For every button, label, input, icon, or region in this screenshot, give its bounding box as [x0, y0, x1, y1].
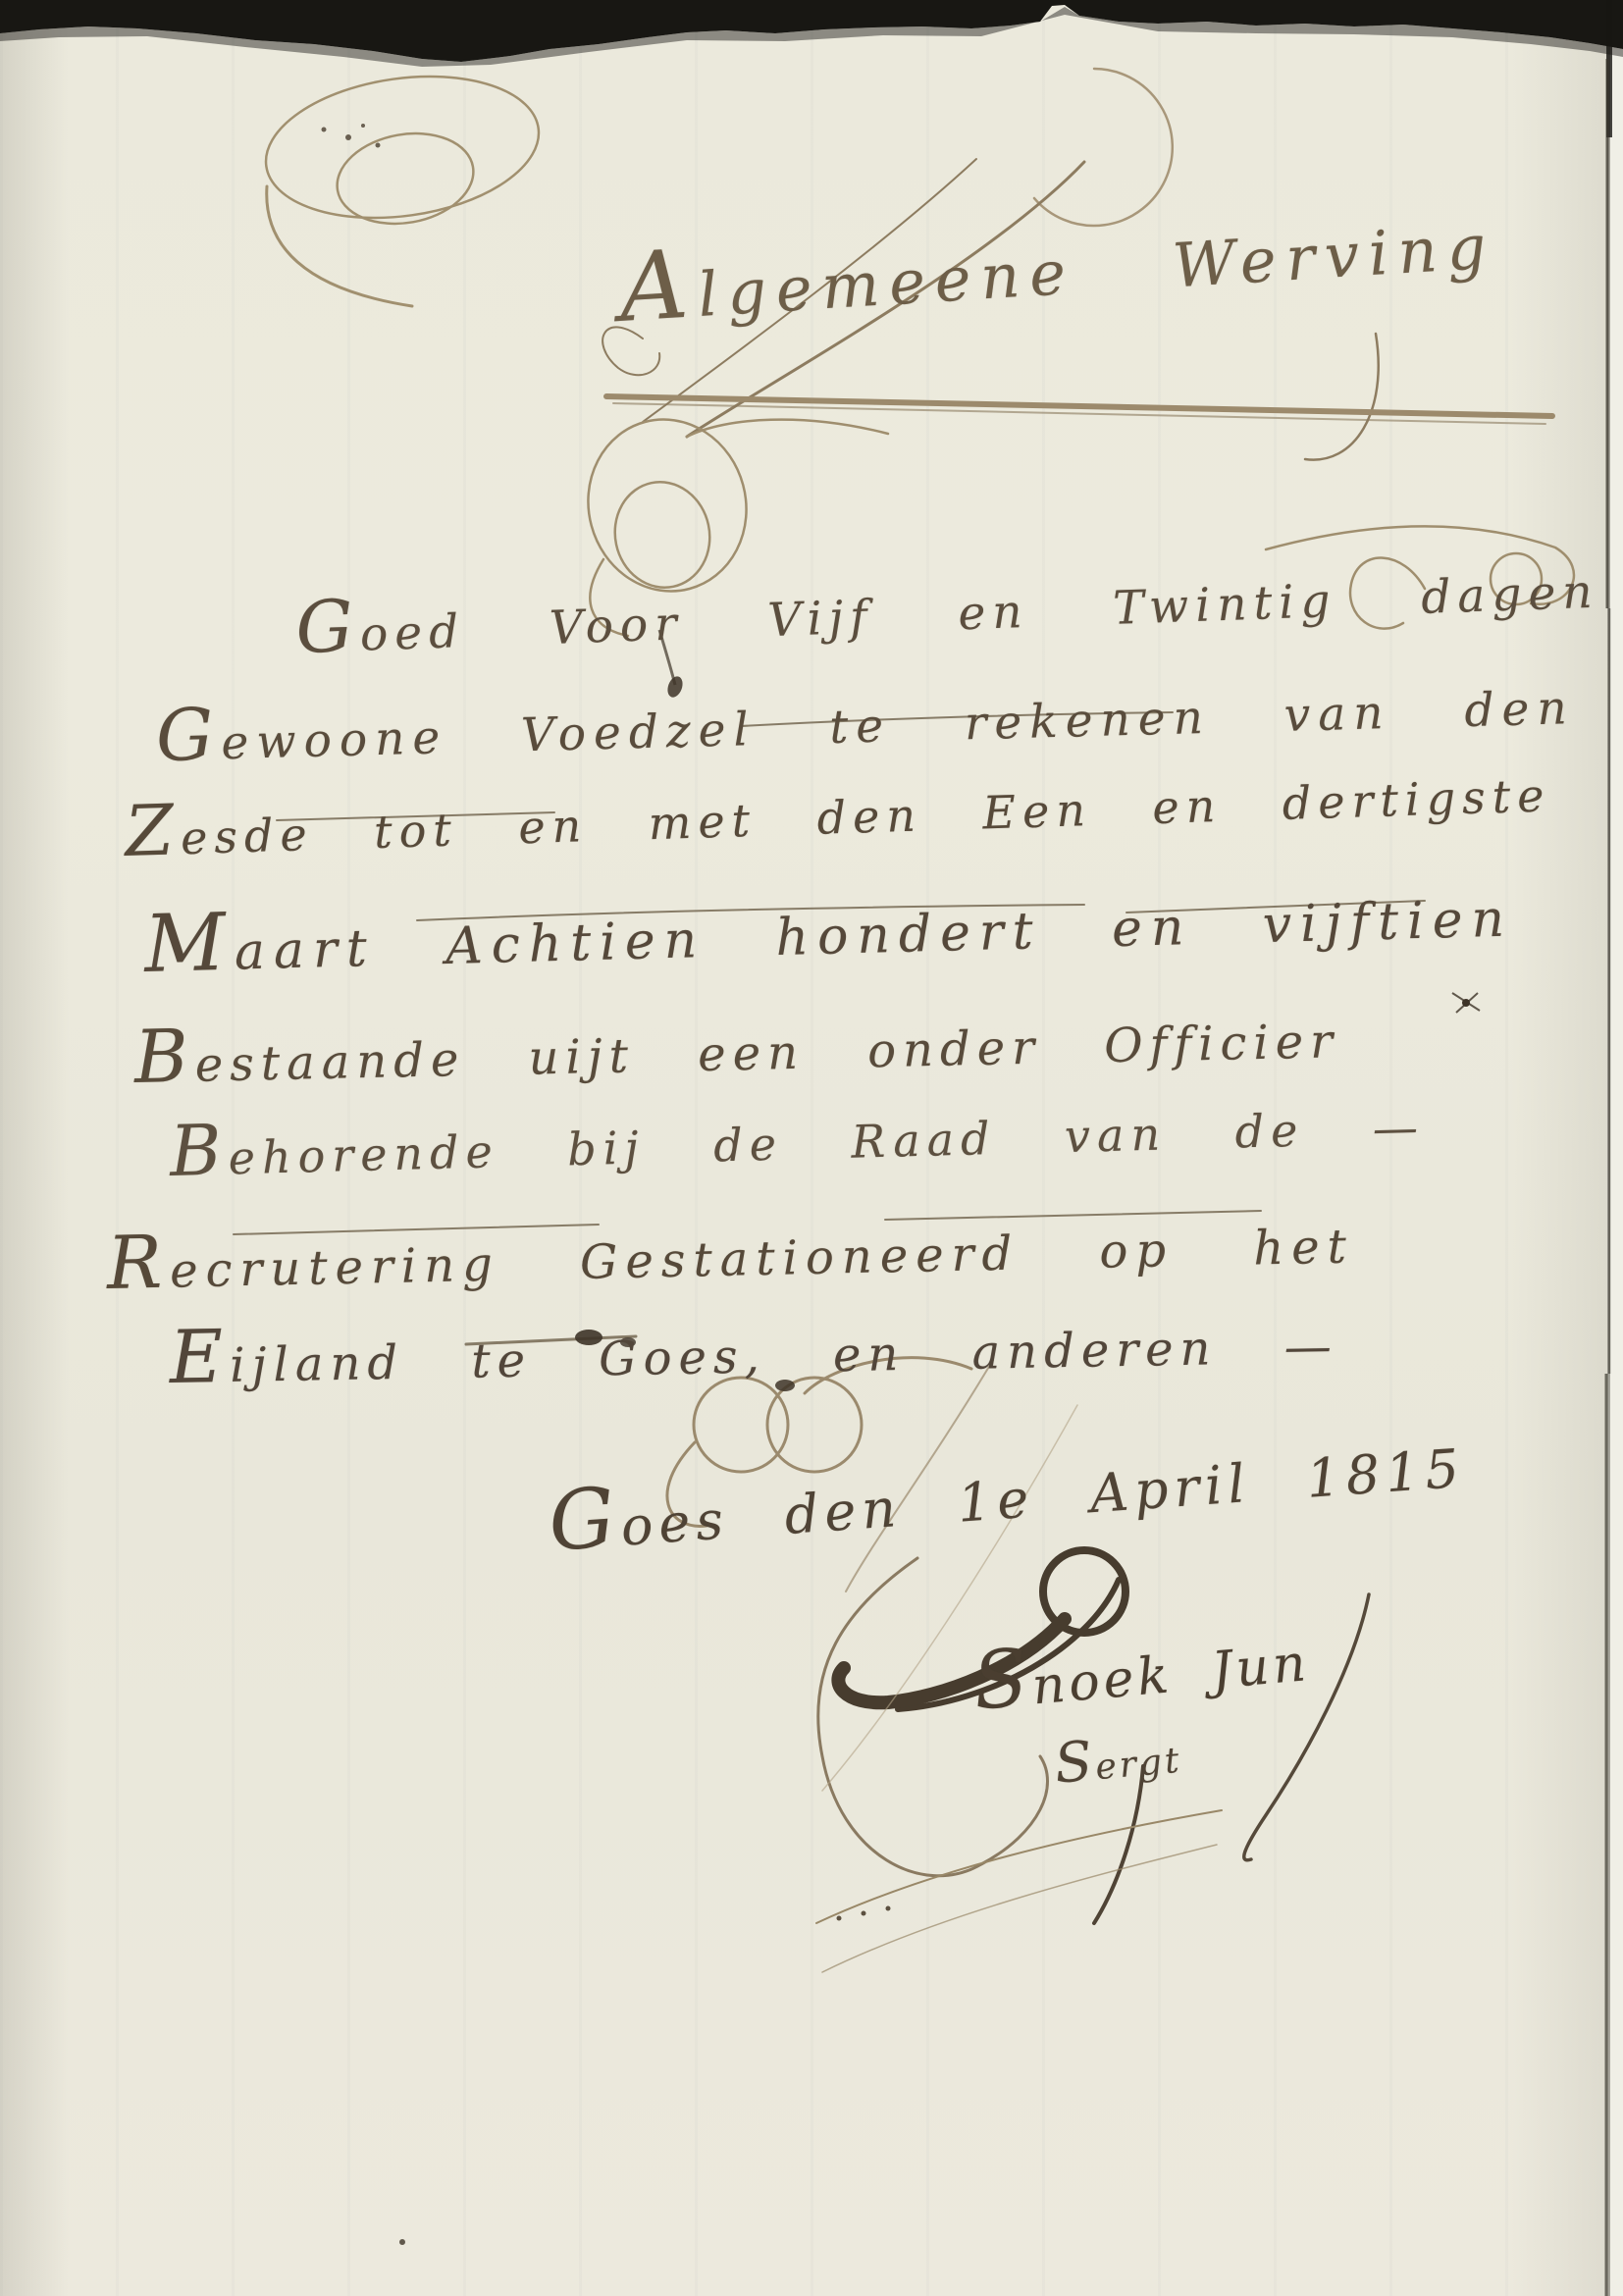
body-line: Maart Achtien hondert en vijftien: [143, 862, 1514, 990]
body-line: Goed Voor Vijf en Twintig dagen: [294, 542, 1600, 670]
torn-paper-edge-icon: [0, 0, 1623, 137]
body-line: Eijland te Goes, en anderen —: [169, 1294, 1338, 1400]
manuscript-page: Algemeene Werving Goed Voor Vijf en Twin…: [0, 0, 1623, 2296]
date-line: Goes den 1e April 1815: [546, 1410, 1467, 1570]
document-title: Algemeene Werving: [616, 180, 1498, 342]
body-line: Bestaande uijt een onder Officier: [133, 989, 1340, 1100]
body-line: Recrutering Gestationeerd op het: [106, 1194, 1355, 1306]
flourish-top-left-icon: [257, 60, 549, 306]
signature-underline-icon: [816, 1810, 1222, 1972]
paper-right-edge: [1607, 0, 1623, 2296]
signature-rank: Sergt: [1052, 1722, 1183, 1797]
title-underline: [606, 396, 1552, 424]
signature-name: Snoek Jun: [969, 1607, 1313, 1729]
